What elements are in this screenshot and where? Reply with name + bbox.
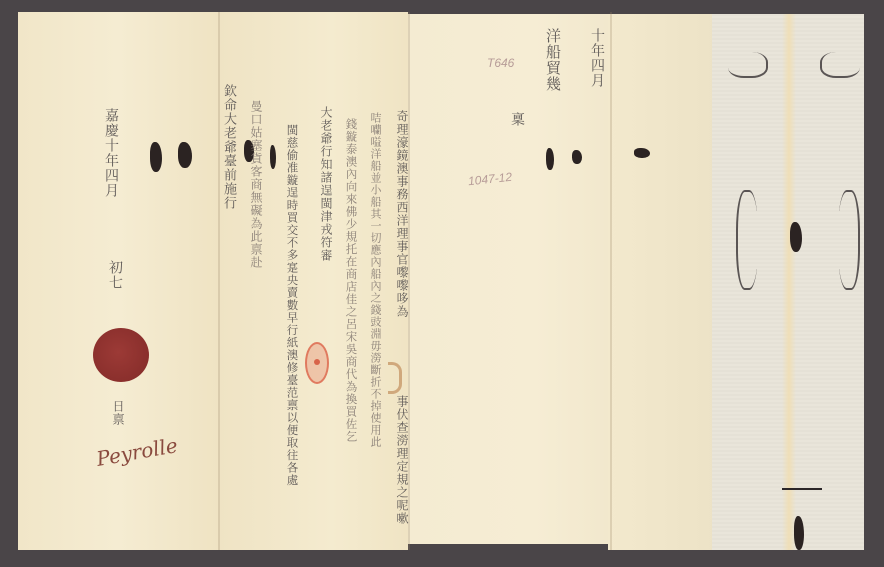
text-column-5: 閩慈偷准鏇逞時買交不多寔央賣數早行紙澳修臺范禀以便取往各處	[286, 124, 298, 487]
text-column-3: 錢鏇泰澳內向來佛少規托在商店佳之呂宋吳商代為換買佐乞	[345, 118, 357, 443]
endorsement-text: 洋船貿幾	[545, 28, 560, 92]
worm-damage	[728, 52, 768, 78]
worm-damage	[838, 190, 860, 290]
damage-hole	[270, 145, 276, 169]
worm-damage	[736, 190, 758, 290]
damage-mark	[782, 488, 822, 490]
endorsement-stamp-char: 稟	[510, 112, 524, 127]
wax-seal	[93, 328, 149, 382]
pencil-catalogue-number: T646	[487, 56, 514, 70]
text-column-7: 欽命大老爺臺前施行	[222, 84, 235, 210]
brown-bracket-mark	[388, 362, 402, 394]
fold-line	[218, 12, 220, 550]
damage-hole	[178, 142, 192, 168]
damage-hole	[634, 148, 650, 158]
red-chop-seal	[305, 342, 329, 384]
worm-damage	[820, 52, 860, 78]
center-crease	[782, 14, 796, 550]
document-panel-3	[408, 14, 618, 544]
text-column-1-continued: 事伏查澇理定規之呢嗽	[396, 395, 408, 525]
text-column-6: 曼口姑塞貨客商無礙為此禀赴	[250, 100, 262, 269]
damage-hole	[572, 150, 582, 164]
document-panel-4	[608, 14, 720, 550]
damage-hole	[794, 516, 804, 550]
damage-hole	[790, 222, 802, 252]
petition-date: 嘉慶十年四月	[104, 108, 118, 198]
damage-hole	[546, 148, 554, 170]
fold-line	[610, 12, 612, 550]
text-column-4: 大老爺行知諸逞閩津戎符審	[320, 106, 332, 262]
text-column-2: 咭囒嗌洋船並小船其一切應內船內之錢豉淵毋澇斷折不掉使用此	[370, 112, 381, 448]
petition-day: 初七	[108, 260, 122, 290]
petition-day-label: 日禀	[112, 400, 124, 426]
damage-hole	[150, 142, 162, 172]
endorsement-date: 十年四月	[590, 28, 604, 88]
text-column-1: 奇理濠鏡澳事務西洋理事官嚟嚟哆為	[396, 110, 408, 318]
